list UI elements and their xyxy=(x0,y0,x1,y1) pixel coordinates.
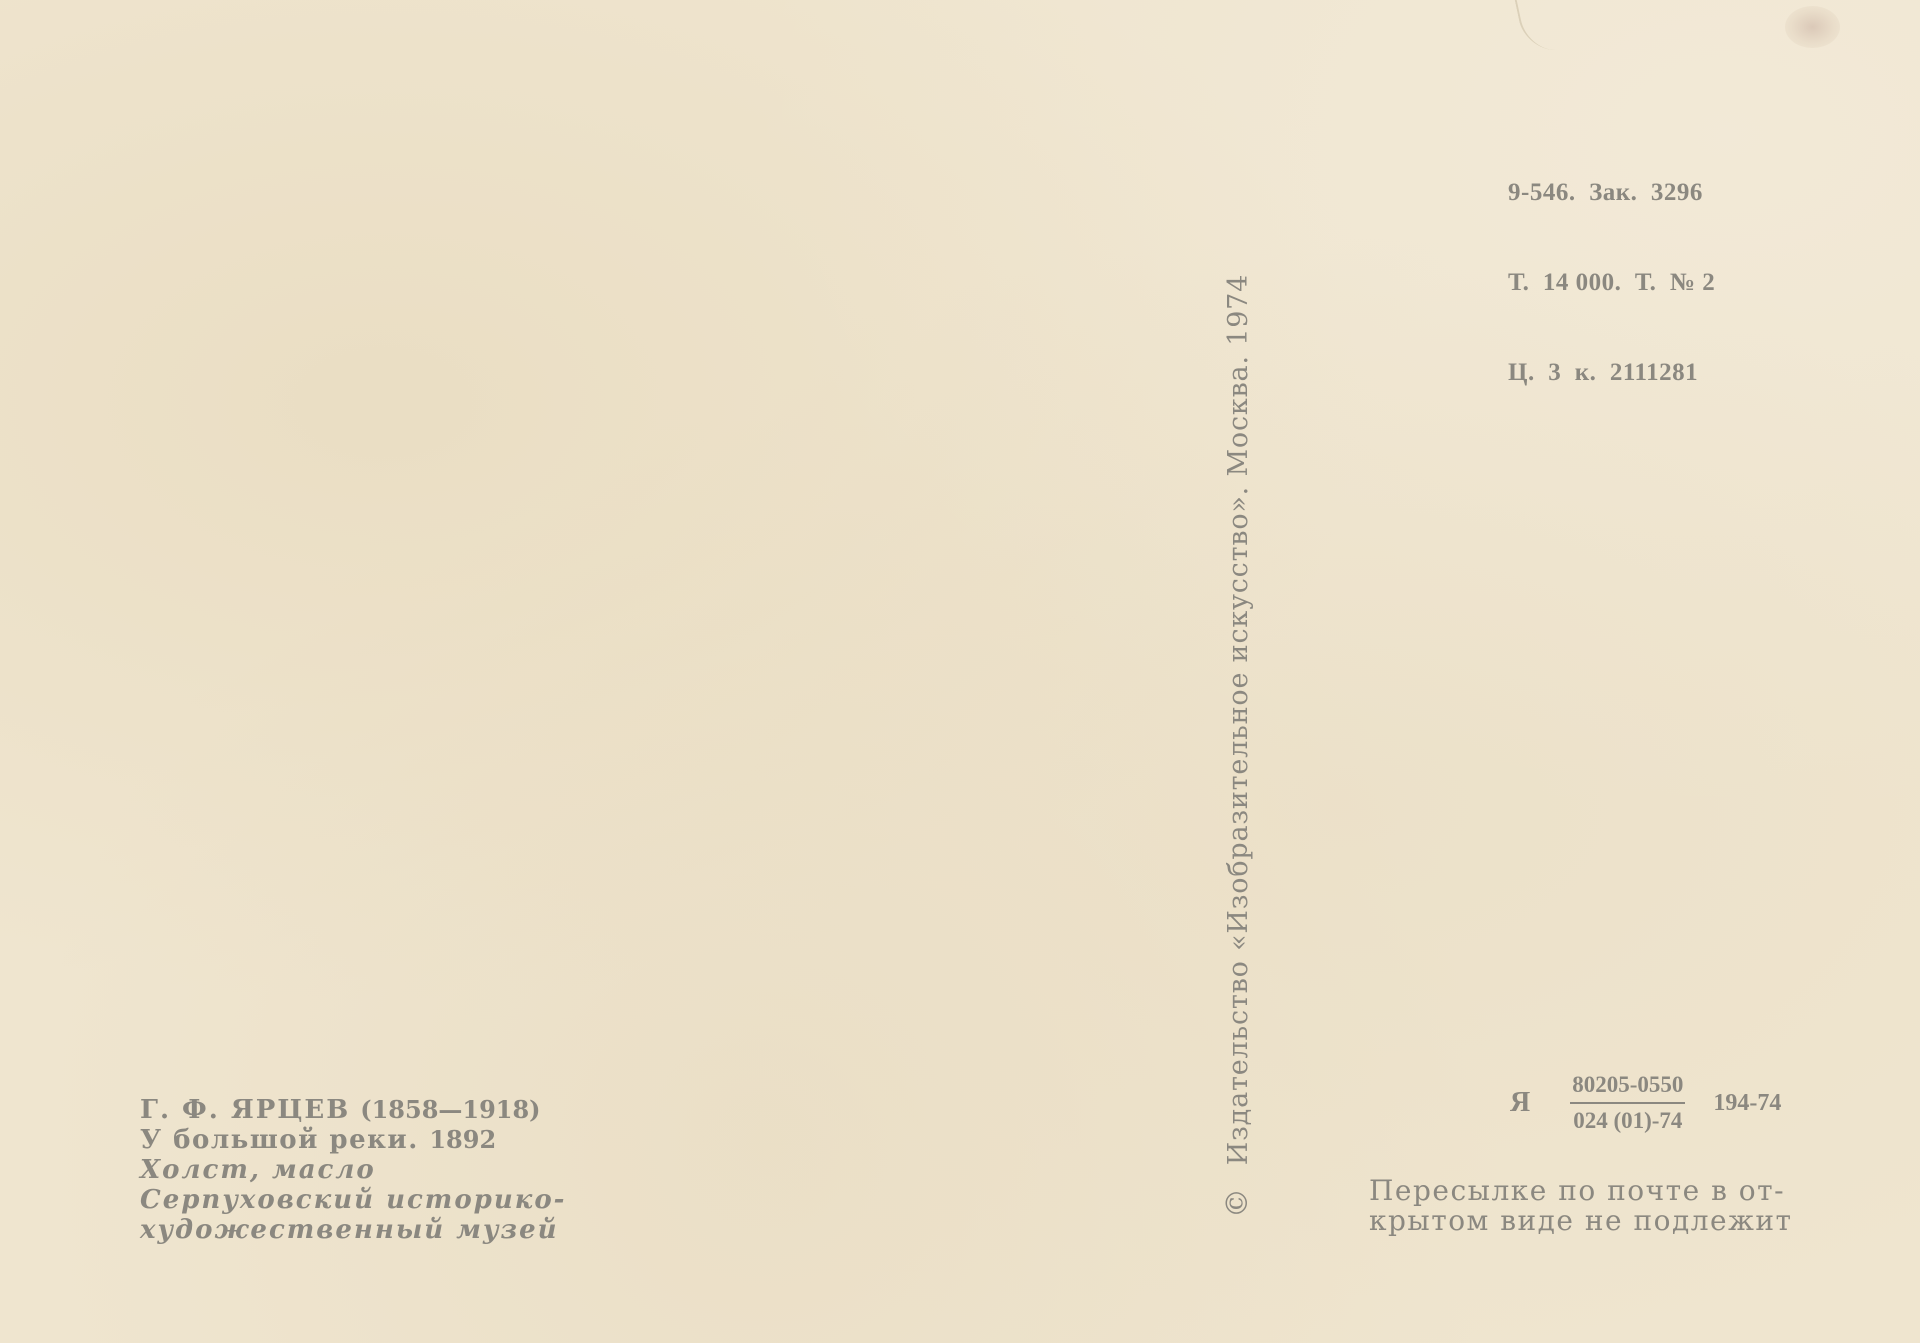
index-numerator: 80205-0550 xyxy=(1570,1071,1685,1104)
print-info-block: 9-546. Зак. 3296 Т. 14 000. Т. № 2 Ц. 3 … xyxy=(1508,118,1715,418)
artist-name: Г. Ф. ЯРЦЕВ xyxy=(140,1095,350,1125)
museum-line-2: художественный музей xyxy=(140,1215,566,1245)
artwork-caption: Г. Ф. ЯРЦЕВ(1858—1918) У большой реки. 1… xyxy=(140,1095,566,1245)
postal-note-line-2: крытом виде не подлежит xyxy=(1369,1206,1793,1236)
paper-crease xyxy=(1515,0,1688,50)
postal-note: Пересылке по почте в от- крытом виде не … xyxy=(1369,1176,1793,1236)
publisher-line: ©Издательство «Изобразительное искусство… xyxy=(1218,138,1258,1218)
publisher-text: Издательство «Изобразительное искусство»… xyxy=(1223,274,1254,1165)
paper-stain xyxy=(1785,6,1840,48)
artwork-title-line: У большой реки. 1892 xyxy=(140,1125,566,1155)
index-fraction: 80205-0550 024 (01)-74 xyxy=(1570,1071,1685,1135)
print-info-line-3: Ц. 3 к. 2111281 xyxy=(1508,358,1715,388)
postal-note-line-1: Пересылке по почте в от- xyxy=(1369,1176,1793,1206)
artwork-year: 1892 xyxy=(429,1125,496,1154)
index-code-block: Я 80205-0550 024 (01)-74 194-74 xyxy=(1510,1068,1781,1138)
print-info-line-1: 9-546. Зак. 3296 xyxy=(1508,178,1715,208)
index-letter: Я xyxy=(1510,1087,1530,1119)
index-code: 194-74 xyxy=(1713,1090,1781,1117)
museum-line-1: Серпуховский историко- xyxy=(140,1185,566,1215)
artwork-title: У большой реки. xyxy=(140,1125,419,1155)
artist-line: Г. Ф. ЯРЦЕВ(1858—1918) xyxy=(140,1095,566,1125)
artwork-medium: Холст, масло xyxy=(140,1155,566,1185)
copyright-icon: © xyxy=(1218,1187,1258,1218)
index-denominator: 024 (01)-74 xyxy=(1573,1104,1682,1135)
artist-dates: (1858—1918) xyxy=(360,1095,540,1124)
print-info-line-2: Т. 14 000. Т. № 2 xyxy=(1508,268,1715,298)
